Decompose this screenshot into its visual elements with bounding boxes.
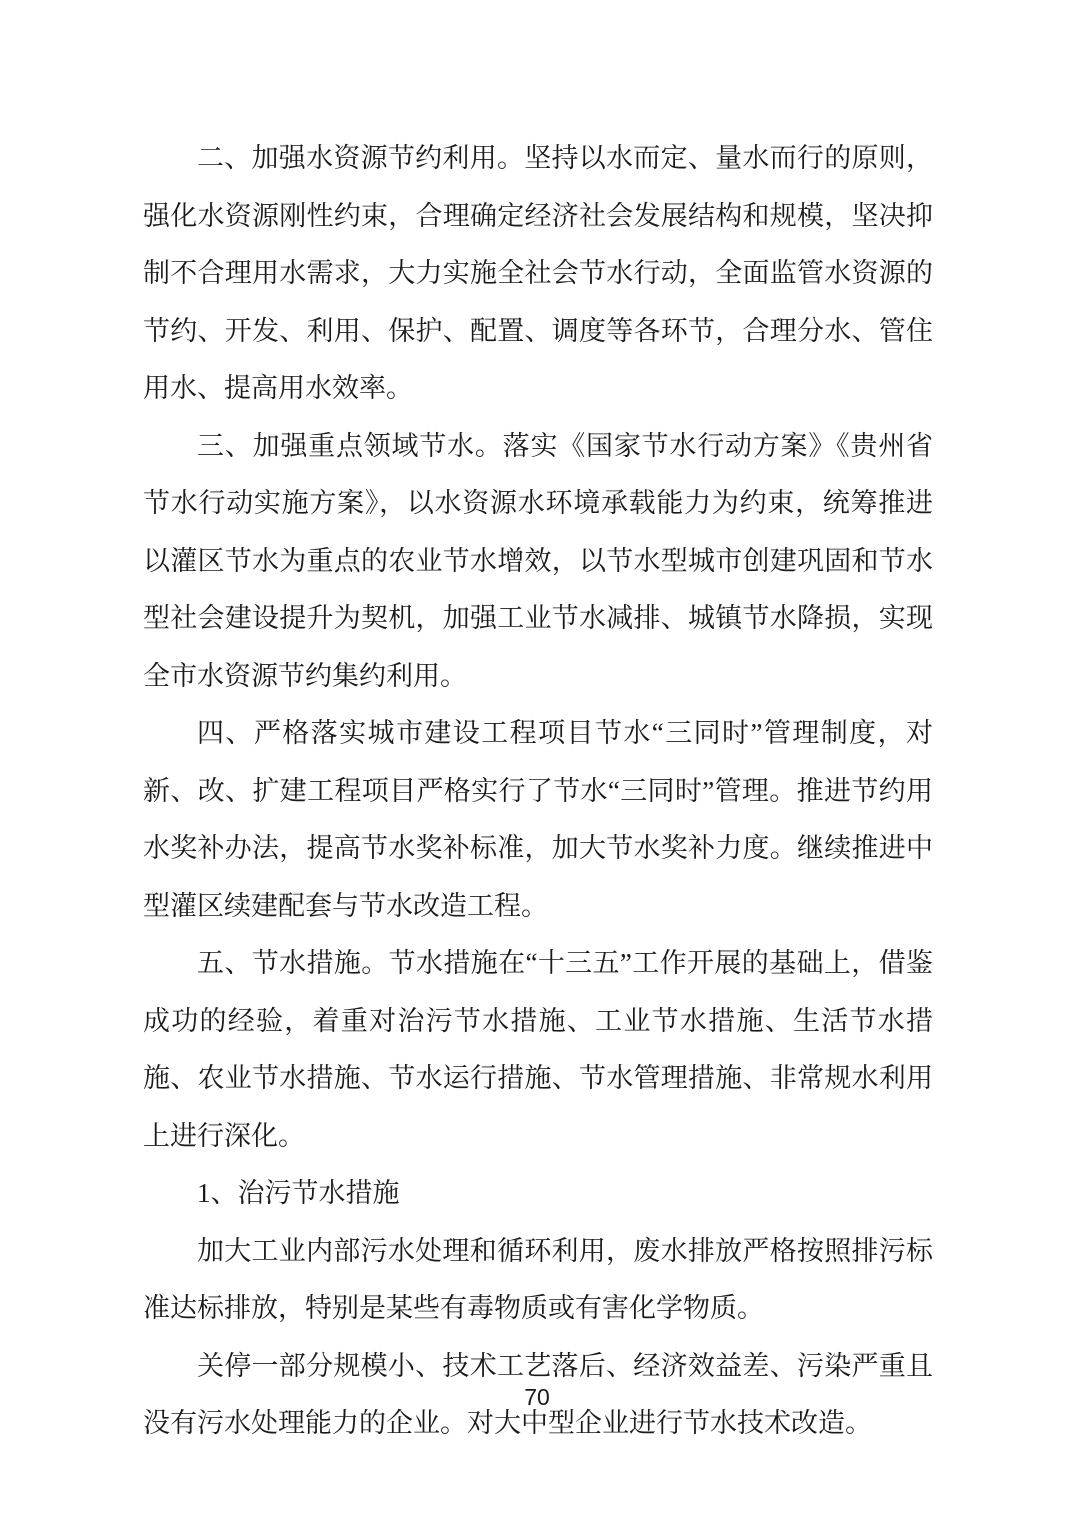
paragraph-subheading-1: 1、治污节水措施 (143, 1165, 933, 1223)
paragraph-section-4: 四、严格落实城市建设工程项目节水“三同时”管理制度，对新、改、扩建工程项目严格实… (143, 705, 933, 935)
paragraph-section-5: 五、节水措施。节水措施在“十三五”工作开展的基础上，借鉴成功的经验，着重对治污节… (143, 935, 933, 1165)
paragraph-section-2: 二、加强水资源节约利用。坚持以水而定、量水而行的原则，强化水资源刚性约束，合理确… (143, 130, 933, 418)
paragraph-measure-1: 加大工业内部污水处理和循环利用，废水排放严格按照排污标准达标排放，特别是某些有毒… (143, 1223, 933, 1338)
paragraph-section-3: 三、加强重点领域节水。落实《国家节水行动方案》《贵州省节水行动实施方案》，以水资… (143, 418, 933, 706)
document-page: 二、加强水资源节约利用。坚持以水而定、量水而行的原则，强化水资源刚性约束，合理确… (0, 0, 1074, 1520)
document-body: 二、加强水资源节约利用。坚持以水而定、量水而行的原则，强化水资源刚性约束，合理确… (143, 130, 933, 1453)
page-number: 70 (0, 1382, 1074, 1412)
